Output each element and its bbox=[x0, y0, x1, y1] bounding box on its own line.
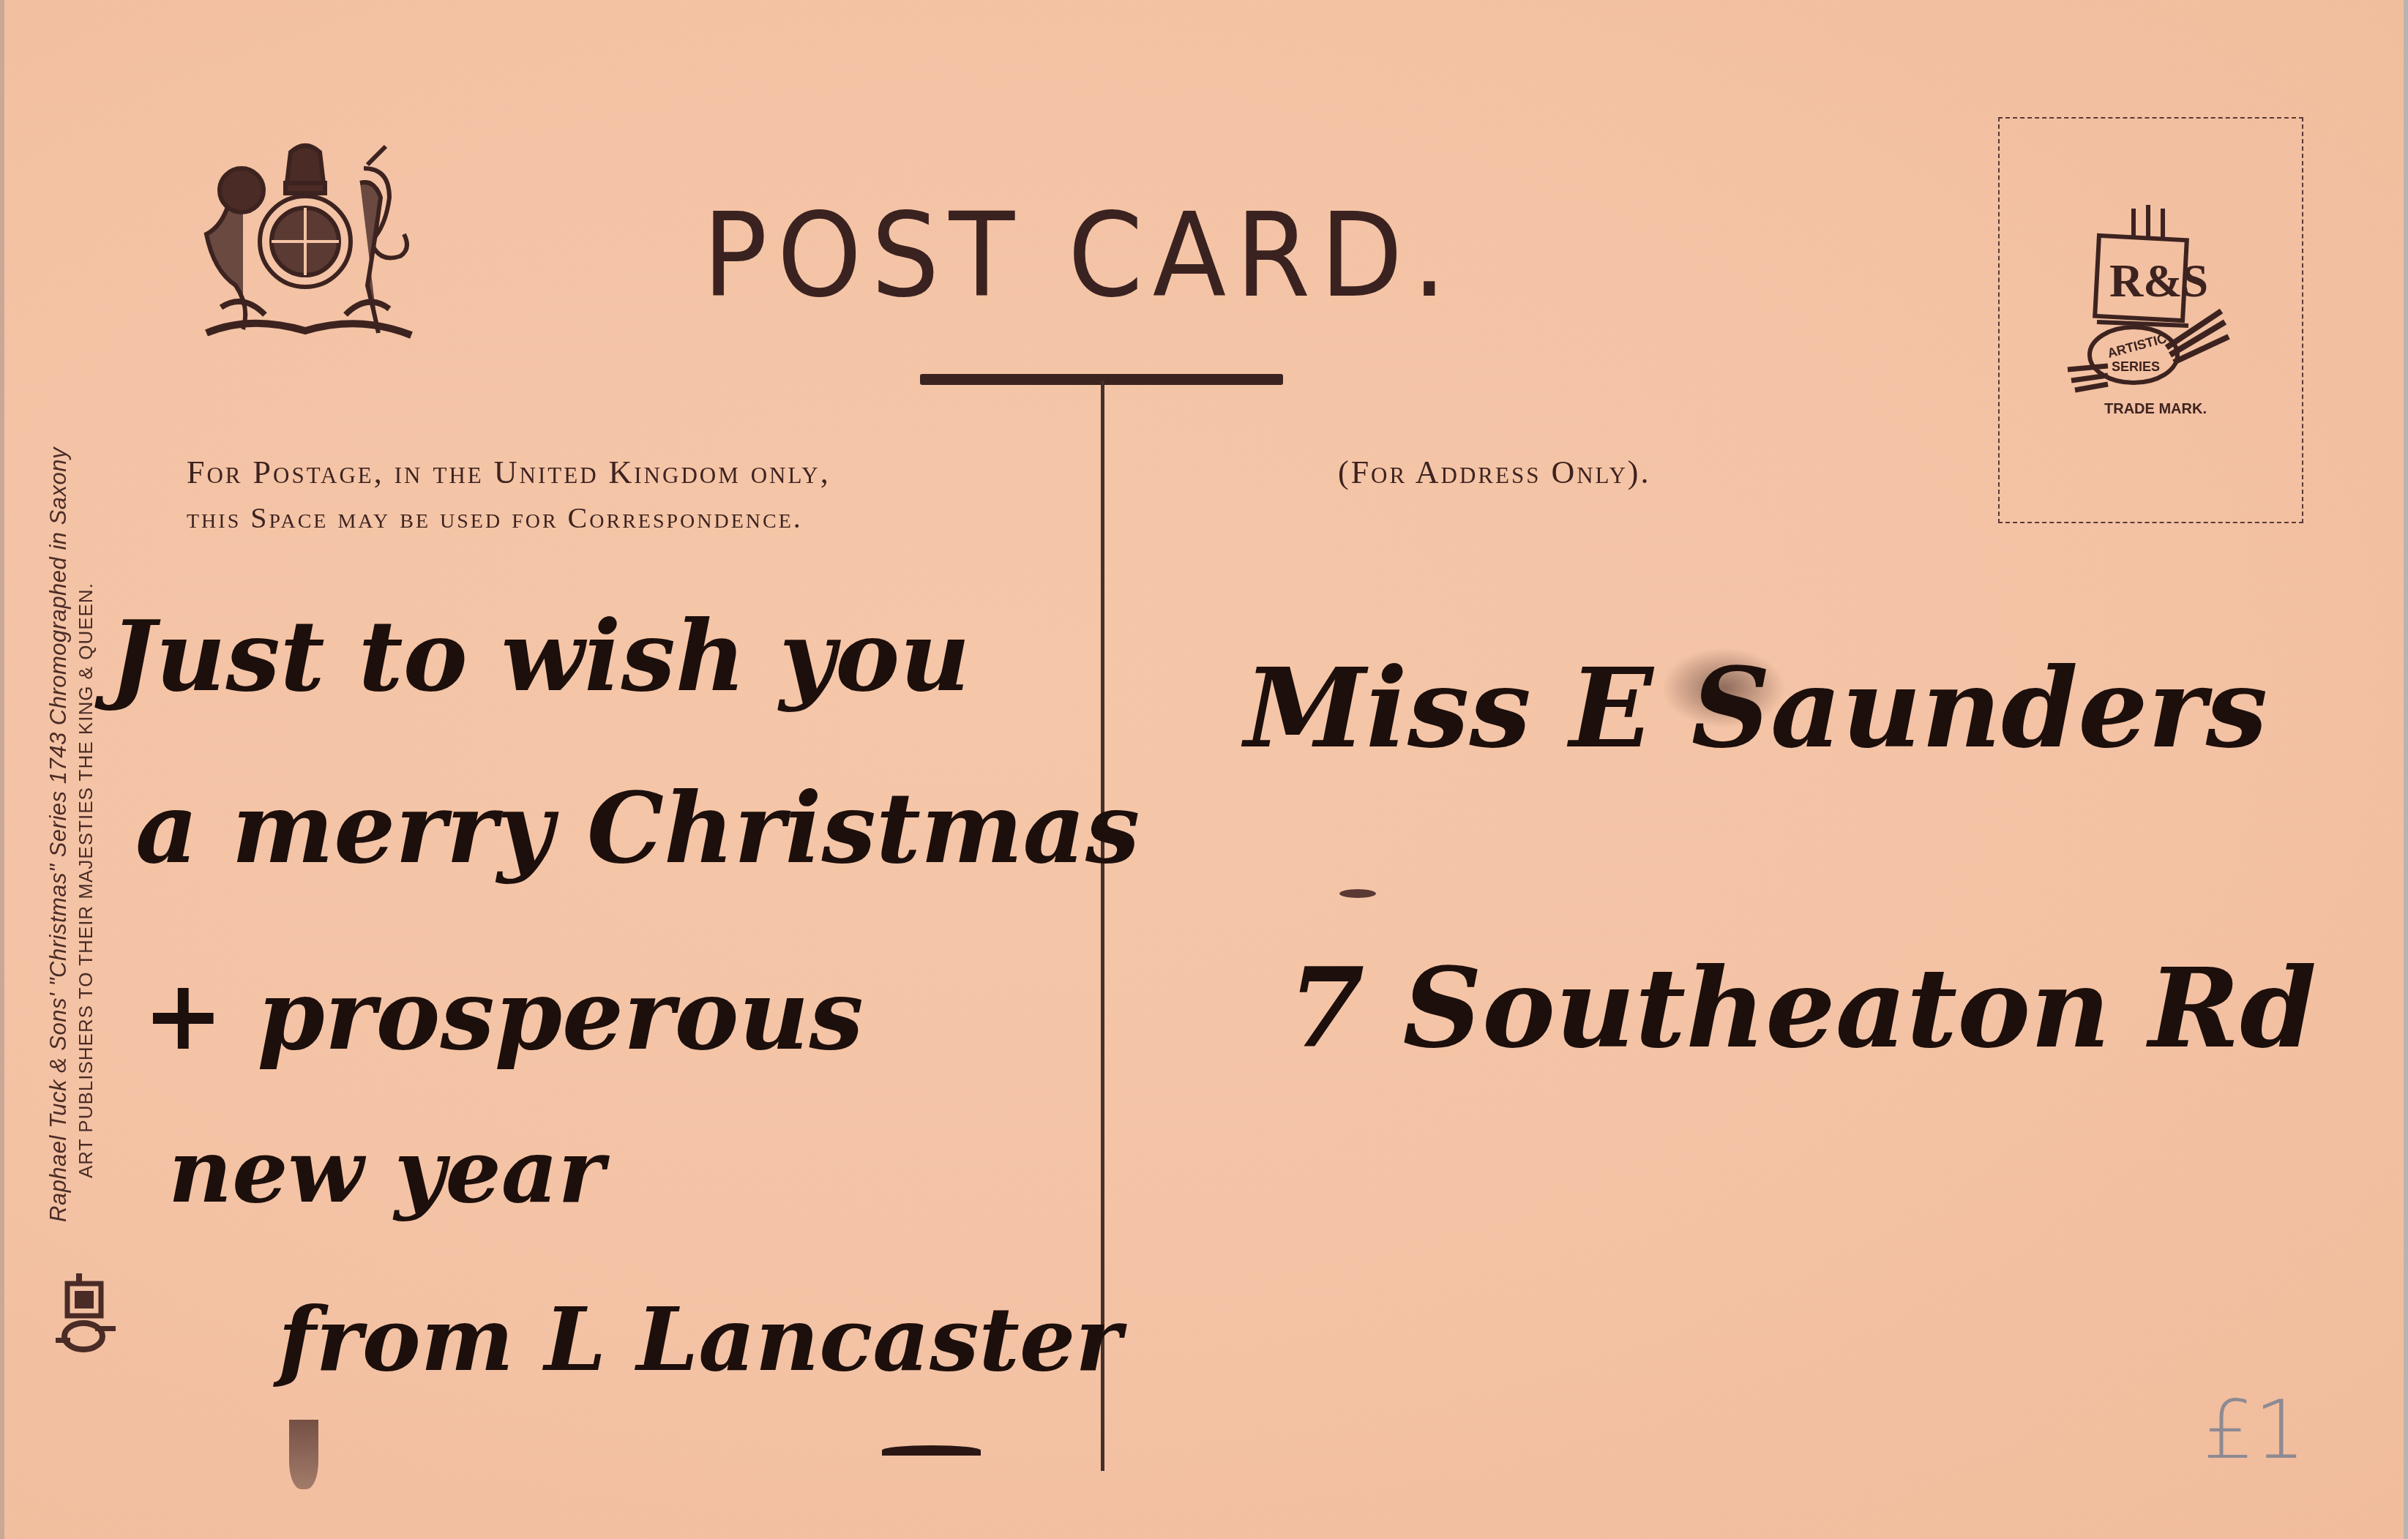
correspondence-caption-line-2: this Space may be used for Correspondenc… bbox=[187, 501, 803, 535]
publisher-line-1: Raphael Tuck & Sons' "Christmas" Series … bbox=[44, 447, 73, 1222]
ink-blot bbox=[1339, 889, 1376, 898]
publisher-imprint: Raphael Tuck & Sons' "Christmas" Series … bbox=[44, 447, 98, 1222]
postcard-back: Raphael Tuck & Sons' "Christmas" Series … bbox=[0, 0, 2408, 1539]
svg-text:ARTISTIC: ARTISTIC bbox=[2106, 331, 2168, 361]
message-line-2: a merry Christmas bbox=[135, 772, 1140, 885]
message-line-4: new year bbox=[168, 1120, 605, 1223]
ink-flourish bbox=[882, 1445, 981, 1456]
message-line-1: Just to wish you bbox=[110, 600, 970, 714]
address-line-1: Miss E Saunders bbox=[1244, 644, 2267, 773]
pencil-price-mark: £1 bbox=[2203, 1383, 2306, 1477]
easel-palette-trademark-icon: R&S ARTISTIC SERIES TRADE MARK. bbox=[2064, 201, 2240, 421]
page-title: POST CARD. bbox=[703, 189, 1456, 323]
message-line-3: + prosperous bbox=[143, 959, 864, 1072]
address-line-2: 7 Southeaton Rd bbox=[1288, 944, 2317, 1073]
royal-coat-of-arms-icon bbox=[192, 139, 419, 351]
svg-text:R&S: R&S bbox=[2109, 255, 2208, 307]
small-easel-logo-icon bbox=[53, 1273, 119, 1354]
message-signature: from L Lancaster bbox=[278, 1288, 1122, 1391]
publisher-line-2: ART PUBLISHERS TO THEIR MAJESTIES THE KI… bbox=[73, 447, 98, 1222]
ink-smudge bbox=[289, 1420, 318, 1489]
svg-text:TRADE MARK.: TRADE MARK. bbox=[2104, 401, 2207, 417]
address-caption: (For Address Only). bbox=[1338, 454, 1650, 491]
svg-text:SERIES: SERIES bbox=[2112, 359, 2160, 374]
correspondence-caption-line-1: For Postage, in the United Kingdom only, bbox=[187, 454, 831, 491]
